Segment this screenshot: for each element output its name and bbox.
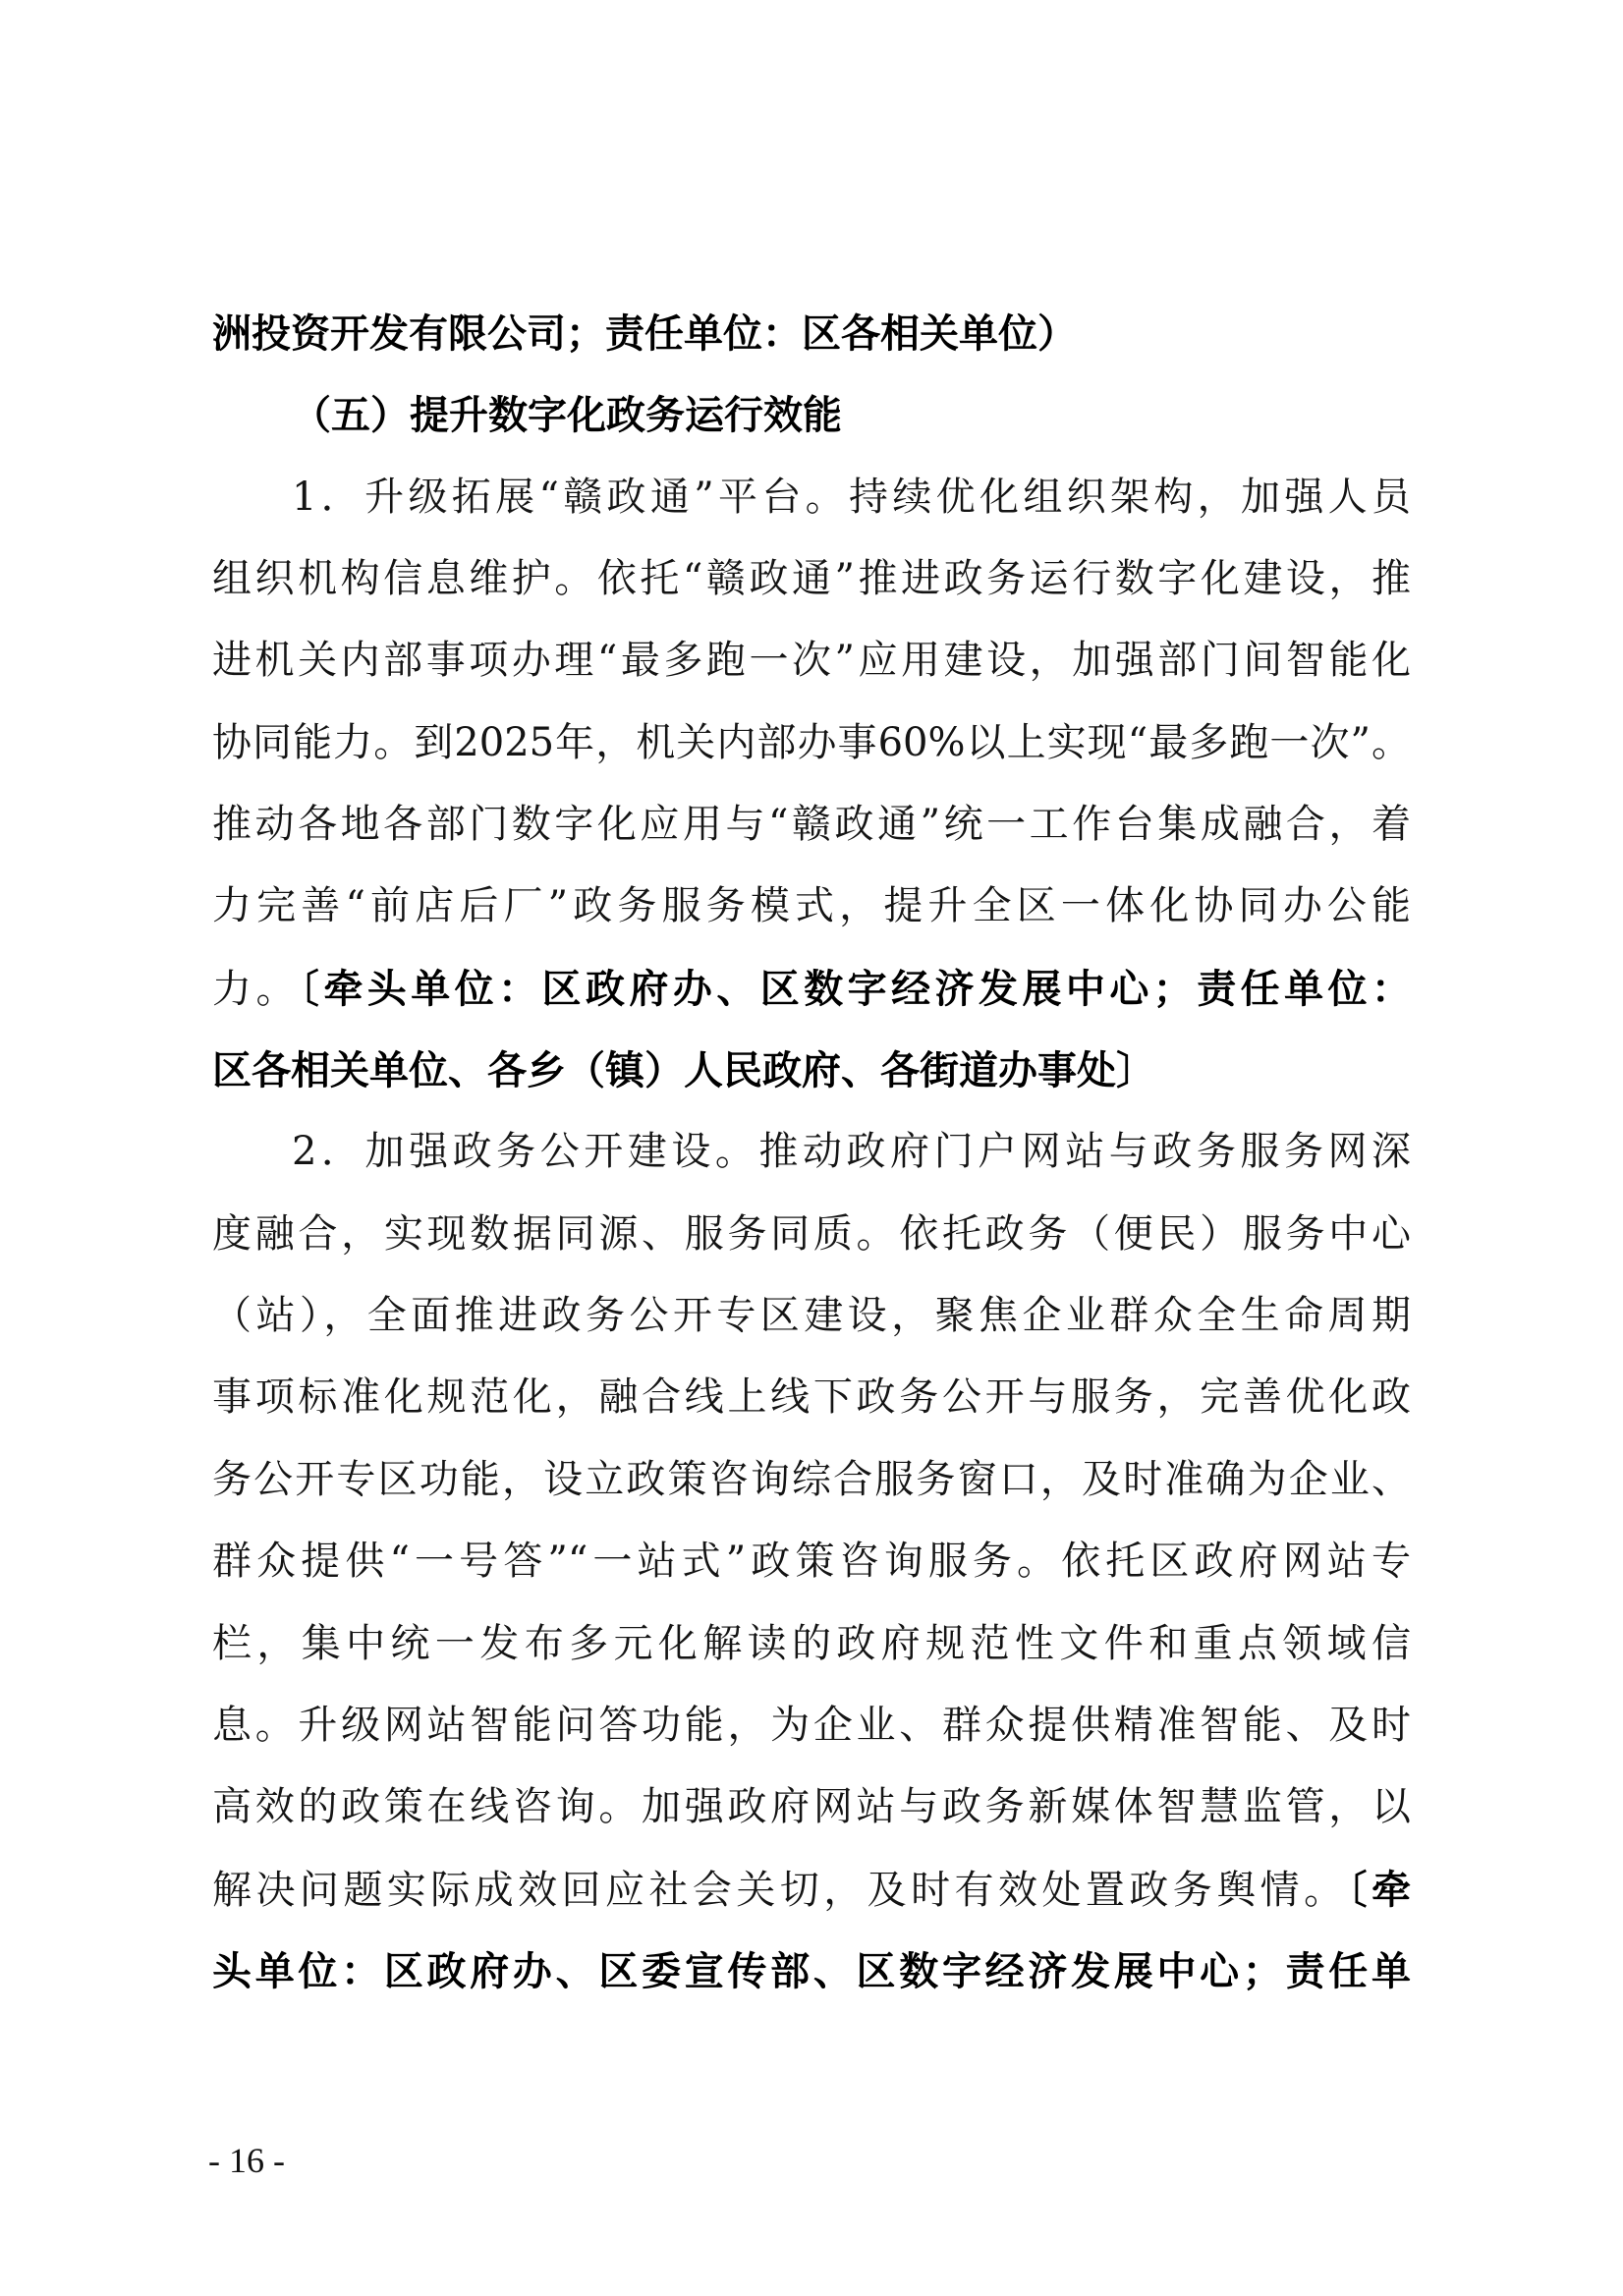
responsibility-note: 〔牵 [1348,1867,1411,1913]
paragraph-line: 推动各地各部门数字化应用与“赣政通”统一工作台集成融合，着 [212,784,1411,866]
paragraph-line: 解决问题实际成效回应社会关切，及时有效处置政务舆情。〔牵 [212,1849,1411,1931]
paragraph-line: 组织机构信息维护。依托“赣政通”推进政务运行数字化建设，推 [212,538,1411,620]
paragraph-line: 栏，集中统一发布多元化解读的政府规范性文件和重点领域信 [212,1603,1411,1685]
responsibility-note-line: 区各相关单位、各乡（镇）人民政府、各街道办事处〕 [212,1030,1411,1111]
paragraph-item-2: 2．加强政务公开建设。推动政府门户网站与政务服务网深 度融合，实现数据同源、服务… [212,1111,1411,2012]
paragraph-item-1: 1．升级拓展“赣政通”平台。持续优化组织架构，加强人员 组织机构信息维护。依托“… [212,457,1411,1112]
paragraph-line: 群众提供“一号答”“一站式”政策咨询服务。依托区政府网站专 [212,1521,1411,1602]
paragraph-line: 息。升级网站智能问答功能，为企业、群众提供精准智能、及时 [212,1685,1411,1766]
paragraph-line: 2．加强政务公开建设。推动政府门户网站与政务服务网深 [212,1111,1411,1193]
paragraph-line: 高效的政策在线咨询。加强政府网站与政务新媒体智慧监管，以 [212,1766,1411,1848]
paragraph-text: 解决问题实际成效回应社会关切，及时有效处置政务舆情。 [212,1868,1348,1913]
paragraph-line: 务公开专区功能，设立政策咨询综合服务窗口，及时准确为企业、 [212,1439,1411,1521]
paragraph-line: （站），全面推进政务公开专区建设，聚焦企业群众全生命周期 [212,1275,1411,1357]
paragraph-line: 度融合，实现数据同源、服务同质。依托政务（便民）服务中心 [212,1194,1411,1275]
paragraph-line: 协同能力。到2025年，机关内部办事60%以上实现“最多跑一次”。 [212,702,1411,784]
continuation-line: 洲投资开发有限公司；责任单位：区各相关单位） [212,293,1411,374]
responsibility-note: 〔牵头单位：区政府办、区数字经济发展中心；责任单位： [300,966,1411,1012]
paragraph-line: 事项标准化规范化，融合线上线下政务公开与服务，完善优化政 [212,1357,1411,1438]
paragraph-line: 力。〔牵头单位：区政府办、区数字经济发展中心；责任单位： [212,948,1411,1030]
paragraph-line: 1．升级拓展“赣政通”平台。持续优化组织架构，加强人员 [212,457,1411,538]
responsibility-note-line: 头单位：区政府办、区委宣传部、区数字经济发展中心；责任单 [212,1931,1411,2012]
document-body: 洲投资开发有限公司；责任单位：区各相关单位） （五）提升数字化政务运行效能 1．… [212,293,1411,2012]
paragraph-line: 进机关内部事项办理“最多跑一次”应用建设，加强部门间智能化 [212,620,1411,701]
paragraph-line: 力完善“前店后厂”政务服务模式，提升全区一体化协同办公能 [212,866,1411,947]
section-heading: （五）提升数字化政务运行效能 [212,374,1411,456]
page-number: - 16 - [208,2140,285,2181]
paragraph-text: 力。 [212,967,300,1012]
